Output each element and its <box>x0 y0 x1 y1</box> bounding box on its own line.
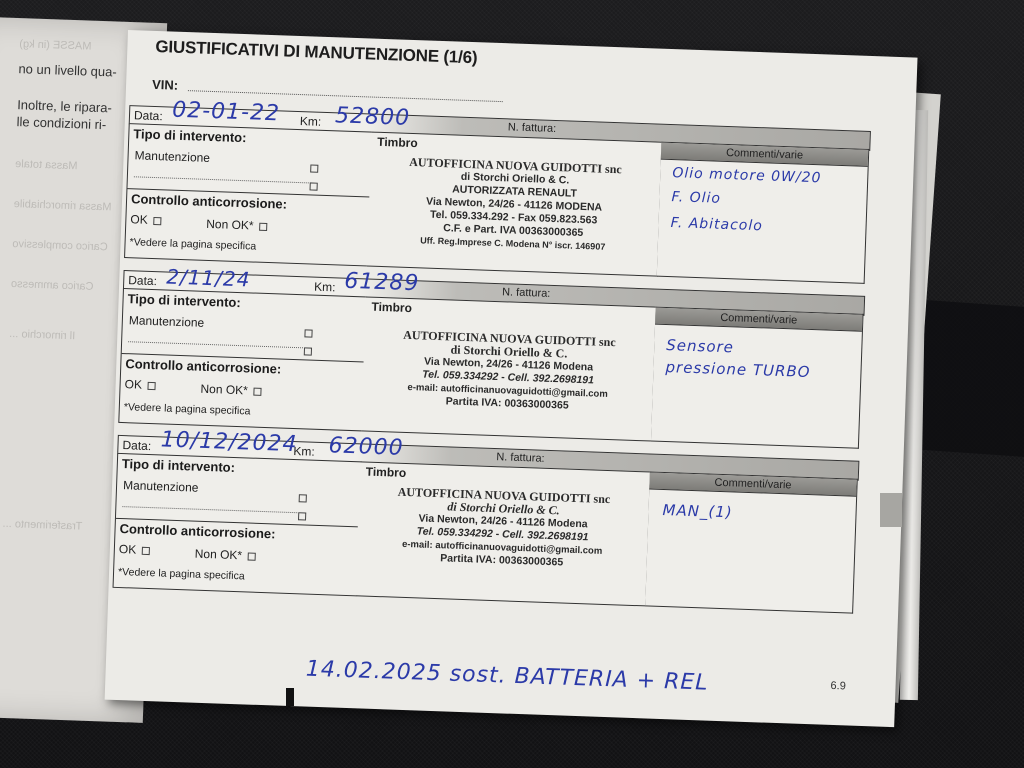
ok-checkbox[interactable] <box>148 382 156 390</box>
ok-checkbox[interactable] <box>154 217 162 225</box>
ok-checkbox[interactable] <box>142 547 150 555</box>
ghost-text: Carico complessivo <box>12 238 108 253</box>
anticorrosion-label: Controllo anticorrosione: <box>119 521 275 541</box>
maintenance-page: GIUSTIFICATIVI DI MANUTENZIONE (1/6) VIN… <box>105 30 918 727</box>
maintenance-entry: Data: 10/12/2024 Km: 62000 N. fattura: T… <box>113 435 858 613</box>
handwritten-km: 62000 <box>328 433 404 461</box>
comment-line: Olio motore 0W/20 <box>672 165 822 186</box>
page-title: GIUSTIFICATIVI DI MANUTENZIONE (1/6) <box>155 37 478 68</box>
see-page-note: *Vedere la pagina specifica <box>124 401 251 417</box>
other-checkbox[interactable] <box>310 182 318 190</box>
handwritten-km: 61289 <box>344 269 420 297</box>
invoice-number-label: N. fattura: <box>496 451 545 465</box>
ghost-text: Carico ammesso <box>11 278 94 293</box>
km-label: Km: <box>293 444 315 459</box>
maintenance-checkbox[interactable] <box>304 329 312 337</box>
data-label: Data: <box>122 438 151 453</box>
maintenance-checkbox[interactable] <box>310 164 318 172</box>
intervention-box: Tipo di intervento: Manutenzione Control… <box>113 453 363 596</box>
anticorrosion-label: Controllo anticorrosione: <box>131 191 287 211</box>
ghost-text: Massa rimorchiabile <box>14 198 112 213</box>
maintenance-label: Manutenzione <box>129 313 205 330</box>
other-intervention-line <box>134 176 309 183</box>
non-ok-label: Non OK* <box>195 547 243 563</box>
comment-line: Sensore <box>666 336 734 356</box>
ghost-text: Il rimorchio ... <box>9 328 75 342</box>
intervention-type-label: Tipo di intervento: <box>122 456 236 475</box>
comments-box: Commenti/varie Sensore pressione TURBO <box>651 307 864 449</box>
comments-box: Commenti/varie MAN_(1) <box>645 471 858 613</box>
non-ok-label: Non OK* <box>200 382 248 398</box>
workshop-stamp: AUTOFFICINA NUOVA GUIDOTTI snc di Storch… <box>372 328 645 415</box>
km-label: Km: <box>314 280 336 295</box>
ok-label: OK <box>124 377 142 392</box>
page-number: 6.9 <box>830 680 846 693</box>
intervention-type-label: Tipo di intervento: <box>133 126 247 145</box>
other-checkbox[interactable] <box>298 512 306 520</box>
vin-label: VIN: <box>152 77 179 93</box>
ghost-text: MASSE (in kg) <box>19 38 92 53</box>
comment-line: pressione TURBO <box>665 358 811 381</box>
left-page-line: no un livello qua- <box>18 60 117 80</box>
non-ok-checkbox[interactable] <box>259 223 267 231</box>
other-intervention-line <box>122 506 297 513</box>
workshop-stamp: AUTOFFICINA NUOVA GUIDOTTI snc di Storch… <box>378 155 651 255</box>
intervention-type-label: Tipo di intervento: <box>127 291 241 310</box>
see-page-note: *Vedere la pagina specifica <box>118 566 245 582</box>
stamp-box: Timbro AUTOFFICINA NUOVA GUIDOTTI snc di… <box>367 132 663 277</box>
comment-line: F. Abitacolo <box>670 215 763 234</box>
left-page-line: lle condizioni ri- <box>16 113 106 133</box>
data-label: Data: <box>134 108 163 123</box>
non-ok-label: Non OK* <box>206 217 254 233</box>
handwritten-date: 02-01-22 <box>172 98 281 127</box>
ok-label: OK <box>119 542 137 557</box>
handwritten-footer-note: 14.02.2025 sost. BATTERIA + REL <box>305 657 709 696</box>
comment-line: MAN_(1) <box>662 501 733 521</box>
maintenance-entry: Data: 02-01-22 Km: 52800 N. fattura: Tip… <box>124 105 869 283</box>
comments-box: Commenti/varie Olio motore 0W/20 F. Olio… <box>657 142 870 284</box>
comment-line: F. Olio <box>671 189 721 207</box>
ghost-text: Massa totale <box>15 158 78 172</box>
intervention-box: Tipo di intervento: Manutenzione Control… <box>118 288 368 431</box>
anticorrosion-label: Controllo anticorrosione: <box>125 356 281 376</box>
maintenance-checkbox[interactable] <box>299 494 307 502</box>
thumb-index-tab <box>880 493 902 527</box>
maintenance-label: Manutenzione <box>134 148 210 165</box>
handwritten-date: 10/12/2024 <box>160 427 298 457</box>
km-label: Km: <box>300 114 322 129</box>
handwritten-date: 2/11/24 <box>166 264 251 291</box>
intervention-box: Tipo di intervento: Manutenzione Control… <box>124 123 374 266</box>
data-label: Data: <box>128 273 157 288</box>
ghost-text: Trasferimento ... <box>2 518 82 533</box>
stamp-label: Timbro <box>377 135 418 150</box>
stamp-label: Timbro <box>365 465 406 480</box>
stamp-box: Timbro AUTOFFICINA NUOVA GUIDOTTI snc di… <box>355 461 651 606</box>
stamp-box: Timbro AUTOFFICINA NUOVA GUIDOTTI snc di… <box>361 296 657 441</box>
stamp-label: Timbro <box>371 300 412 315</box>
other-intervention-line <box>128 341 303 348</box>
workshop-stamp: AUTOFFICINA NUOVA GUIDOTTI snc di Storch… <box>367 485 640 572</box>
invoice-number-label: N. fattura: <box>502 286 551 300</box>
ok-label: OK <box>130 212 148 227</box>
maintenance-label: Manutenzione <box>123 478 199 495</box>
maintenance-entry: Data: 2/11/24 Km: 61289 N. fattura: Tipo… <box>118 270 863 448</box>
non-ok-checkbox[interactable] <box>248 552 256 560</box>
bookmark-marker <box>286 688 294 706</box>
invoice-number-label: N. fattura: <box>508 121 557 135</box>
other-checkbox[interactable] <box>304 347 312 355</box>
non-ok-checkbox[interactable] <box>254 387 262 395</box>
see-page-note: *Vedere la pagina specifica <box>129 236 256 252</box>
handwritten-km: 52800 <box>335 103 411 131</box>
